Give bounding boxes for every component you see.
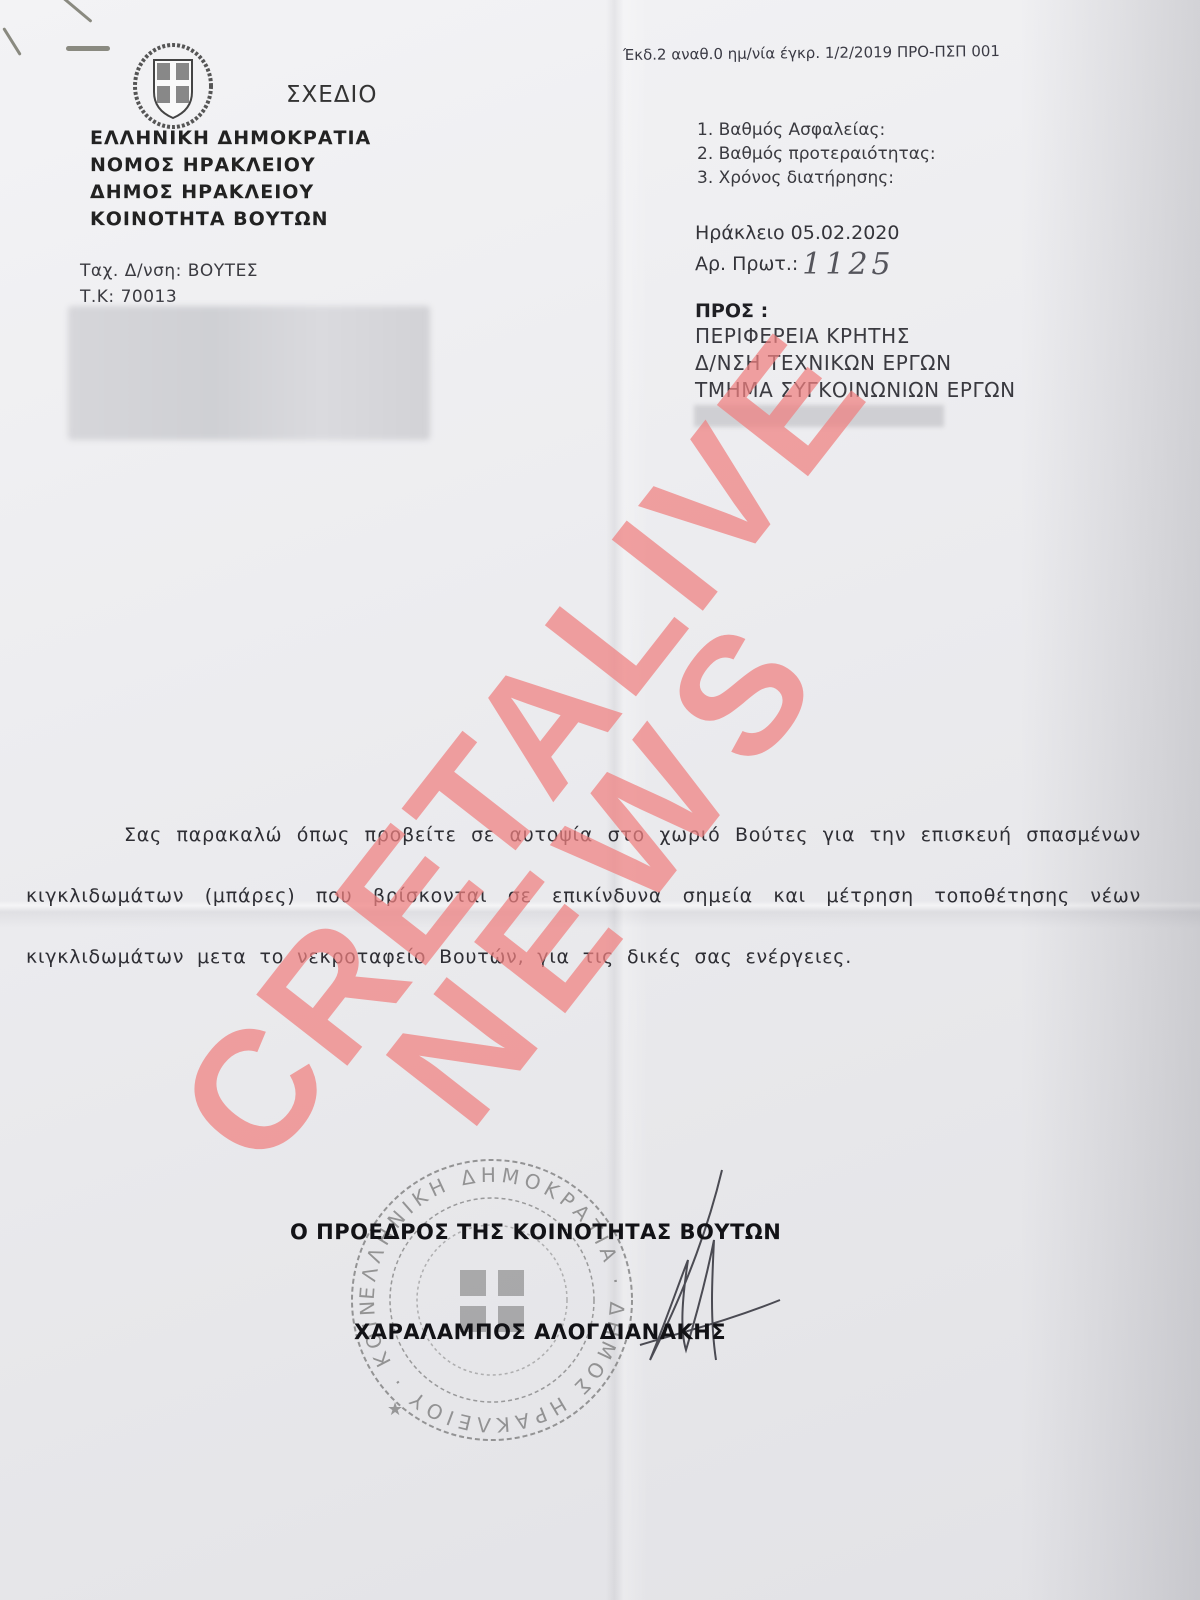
security-level-field: 1. Βαθμός Ασφαλείας: [697,118,936,142]
svg-text:★: ★ [387,1399,403,1420]
handwritten-signature [610,1160,790,1390]
priority-field: 2. Βαθμός προτεραιότητας: [697,142,936,166]
letter-body: Σας παρακαλώ όπως προβείτε σε αυτοψία στ… [26,805,1141,988]
issuer-address: Ταχ. Δ/νση: ΒΟΥΤΕΣ Τ.Κ: 70013 [80,258,258,310]
recipient-block: ΠΕΡΙΦΕΡΕΙΑ ΚΡΗΤΗΣ Δ/ΝΣΗ ΤΕΧΝΙΚΩΝ ΕΡΓΩΝ Τ… [695,323,1016,404]
retention-field: 3. Χρόνος διατήρησης: [697,166,936,190]
issuer-line: ΝΟΜΟΣ ΗΡΑΚΛΕΙΟΥ [90,152,371,179]
issuer-block: ΕΛΛΗΝΙΚΗ ΔΗΜΟΚΡΑΤΙΑ ΝΟΜΟΣ ΗΡΑΚΛΕΙΟΥ ΔΗΜΟ… [90,125,371,233]
recipient-line: Δ/ΝΣΗ ΤΕΧΝΙΚΩΝ ΕΡΓΩΝ [695,350,1016,377]
letter-body-text: Σας παρακαλώ όπως προβείτε σε αυτοψία στ… [26,824,1141,968]
official-seal-icon: ΕΛΛΗΝΙΚΗ ΔΗΜΟΚΡΑΤΙΑ · ΔΗΜΟΣ ΗΡΑΚΛΕΙΟΥ · … [342,1150,642,1450]
address-line: Ταχ. Δ/νση: ΒΟΥΤΕΣ [80,258,258,284]
redacted-block [694,405,944,427]
signatory-title: Ο ΠΡΟΕΔΡΟΣ ΤΗΣ ΚΟΙΝΟΤΗΤΑΣ ΒΟΥΤΩΝ [290,1220,781,1244]
issuer-line: ΚΟΙΝΟΤΗΤΑ ΒΟΥΤΩΝ [90,206,371,233]
protocol-number-handwritten: 1125 [802,247,894,282]
issuer-line: ΔΗΜΟΣ ΗΡΑΚΛΕΙΟΥ [90,179,371,206]
place-date-block: Ηράκλειο 05.02.2020 Αρ. Πρωτ.:1125 [695,220,899,278]
metadata-fields: 1. Βαθμός Ασφαλείας: 2. Βαθμός προτεραιό… [697,118,936,190]
recipient-label: ΠΡΟΣ : [695,300,768,322]
draft-label: ΣΧΕΔΙΟ [286,82,377,108]
recipient-line: ΠΕΡΙΦΕΡΕΙΑ ΚΡΗΤΗΣ [695,323,1016,350]
issuer-line: ΕΛΛΗΝΙΚΗ ΔΗΜΟΚΡΑΤΙΑ [90,125,371,152]
greek-coat-of-arms-icon [132,42,214,130]
recipient-line: ΤΜΗΜΑ ΣΥΓΚΟΙΝΩΝΙΩΝ ΕΡΓΩΝ [695,377,1016,404]
staple-mark [66,46,110,51]
redacted-block [68,306,430,440]
signatory-name: ΧΑΡΑΛΑΜΠΟΣ ΑΛΟΓΔΙΑΝΑΚΗΣ [354,1320,726,1344]
place-date: Ηράκλειο 05.02.2020 [695,220,899,247]
protocol-label: Αρ. Πρωτ.: [695,253,798,275]
protocol-number-line: Αρ. Πρωτ.:1125 [695,247,899,278]
